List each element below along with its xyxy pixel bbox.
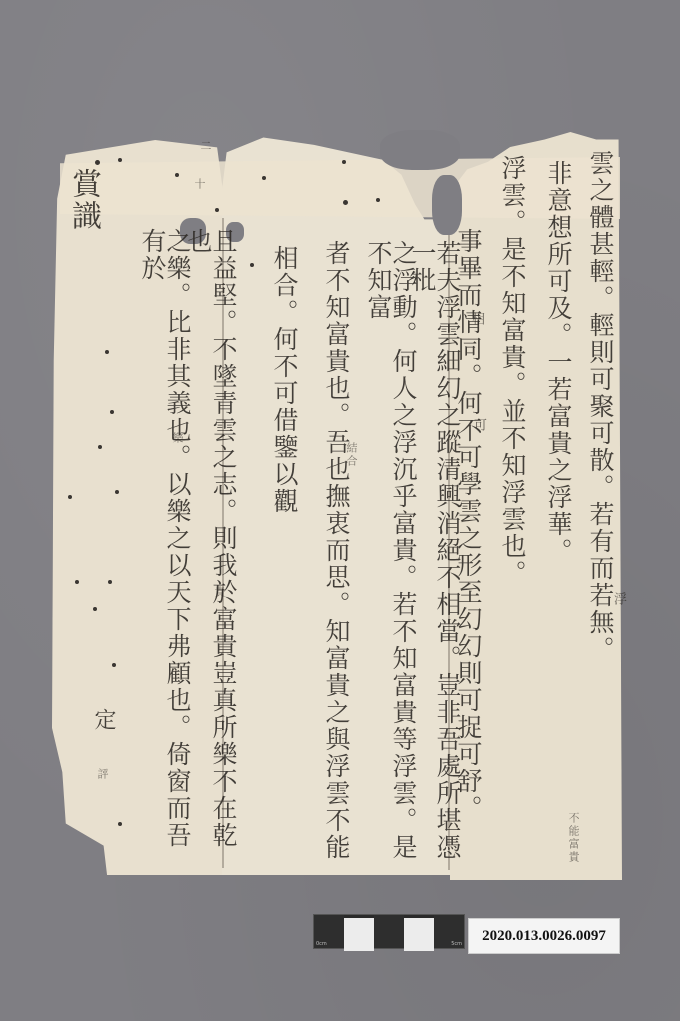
- heading-char: 識: [66, 200, 101, 232]
- text-column: 相合。何不可借鑒以觀: [272, 245, 297, 545]
- worm-hole: [175, 173, 179, 177]
- scale-segment-light: [404, 918, 434, 951]
- text-column: 非意想所可及。一若富貴之浮華。: [546, 160, 571, 880]
- text-column: 者不知富貴也。吾也撫衷而思。知富貴之與浮雲不能: [324, 240, 349, 880]
- worm-hole: [105, 350, 109, 354]
- text-column: 浮雲。是不知富貴。並不知浮雲也。: [500, 155, 525, 875]
- worm-hole: [110, 410, 114, 414]
- accession-number-label: 2020.013.0026.0097: [468, 918, 620, 954]
- repair-tape-strip: [60, 157, 620, 219]
- heading: 賞識: [68, 168, 98, 232]
- marginal-note: 樂: [172, 432, 183, 445]
- worm-hole: [108, 580, 112, 584]
- marginal-note: 十: [194, 178, 205, 191]
- worm-hole: [75, 580, 79, 584]
- text-column: 且益堅。不墜青雲之志。則我於富貴豈真所樂不在乾也: [186, 228, 236, 868]
- paper-tear: [380, 130, 460, 170]
- worm-hole: [93, 607, 97, 611]
- worm-hole: [118, 158, 122, 162]
- text-column: 雲之體甚輕。輕則可聚可散。若有而若無。: [588, 150, 613, 870]
- worm-hole: [262, 176, 266, 180]
- worm-hole: [112, 663, 116, 667]
- scale-bar: 0cm 5cm: [313, 914, 465, 949]
- marginal-note: 浮: [612, 592, 625, 606]
- heading-char: 賞: [66, 168, 101, 200]
- worm-hole: [68, 495, 72, 499]
- worm-hole: [98, 445, 102, 449]
- signature-seal: 評: [97, 768, 108, 781]
- text-column: 之樂。比非其義也。以樂之以天下弗顧也。倚窗而吾有於: [140, 228, 190, 868]
- marginal-note: 可: [472, 418, 485, 432]
- worm-hole: [115, 490, 119, 494]
- marginal-note: 不能富貴: [568, 812, 579, 864]
- worm-hole: [215, 208, 219, 212]
- worm-hole: [95, 160, 100, 165]
- scale-start-label: 0cm: [316, 941, 327, 947]
- marginal-note: 結合: [346, 442, 357, 468]
- marginal-note: 二: [200, 140, 211, 153]
- worm-hole: [250, 263, 254, 267]
- worm-hole: [343, 200, 348, 205]
- marginal-note: 貴: [214, 586, 225, 599]
- worm-hole: [342, 160, 346, 164]
- worm-hole: [376, 198, 380, 202]
- paper-tear: [432, 175, 462, 235]
- scale-segment-dark: [374, 915, 404, 948]
- text-column: 之浮動。何人之浮沉乎富貴。若不知富貴等浮雲。是不知富: [366, 240, 416, 880]
- marginal-note: 相: [470, 312, 483, 326]
- signature: 定: [92, 708, 114, 732]
- scale-segment-light: [344, 918, 374, 951]
- scale-end-label: 5cm: [451, 941, 462, 947]
- worm-hole: [118, 822, 122, 826]
